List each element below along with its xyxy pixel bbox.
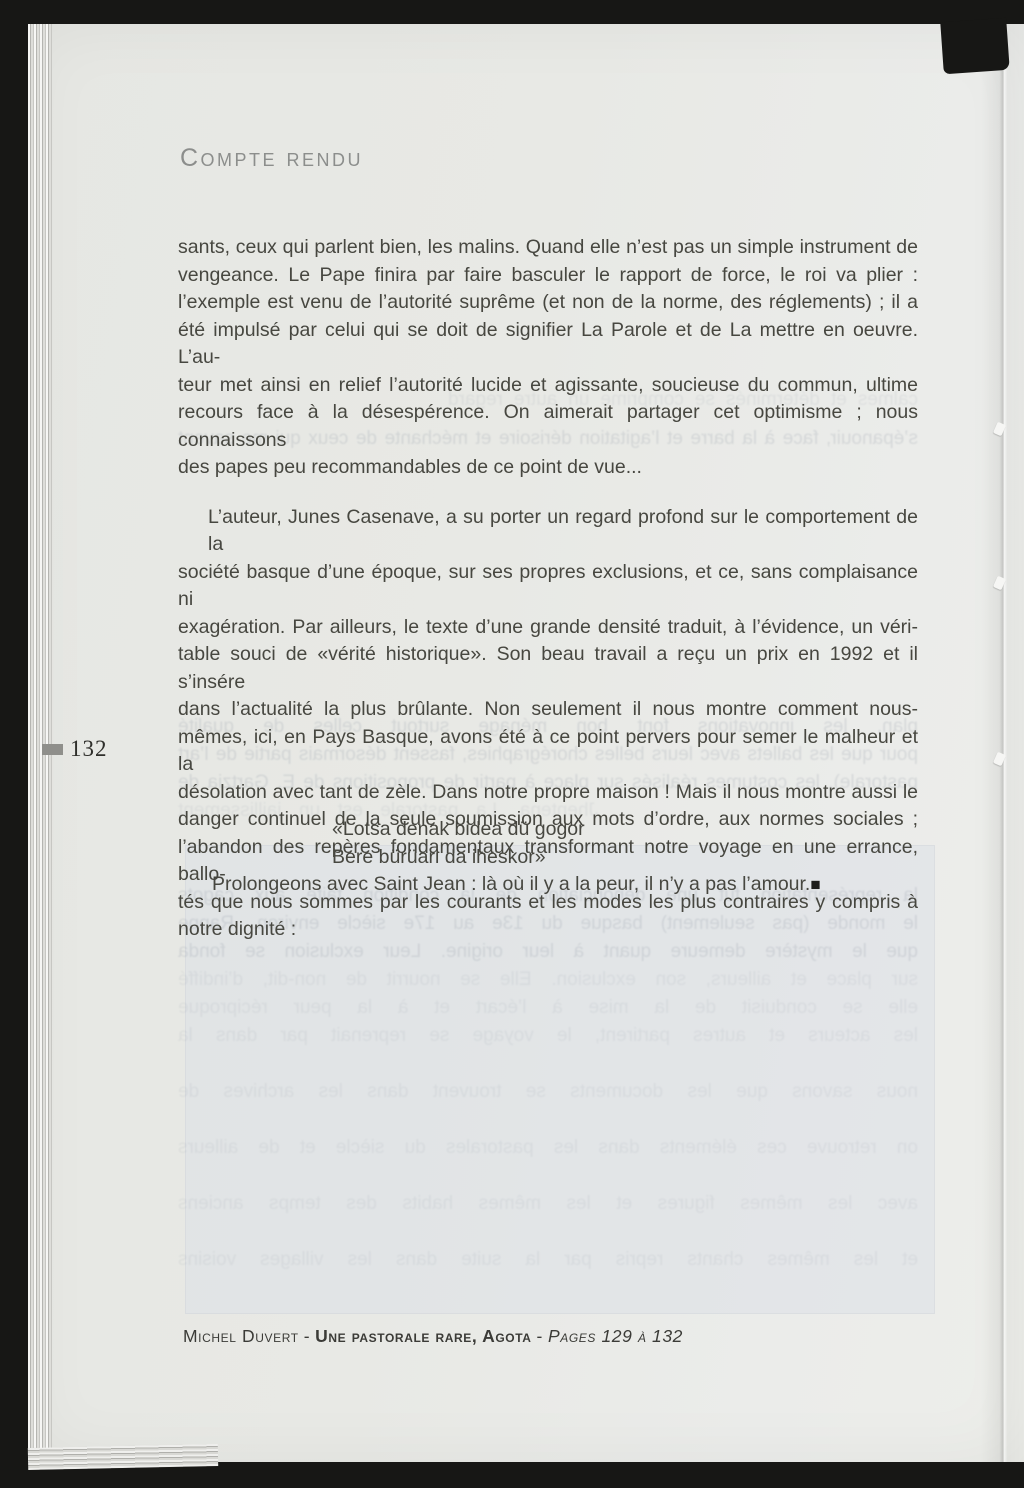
footer-separator: - bbox=[537, 1326, 543, 1346]
page-edges-stack-bottom bbox=[28, 1444, 218, 1470]
book-page: calmes et déterminés se comprime un autr… bbox=[28, 24, 1024, 1462]
text-line: recours face à la désespérence. On aimer… bbox=[178, 399, 918, 454]
text-line: sants, ceux qui parlent bien, les malins… bbox=[178, 234, 918, 262]
footer-author: Michel Duvert bbox=[183, 1326, 299, 1346]
text-line: vengeance. Le Pape finira par faire basc… bbox=[178, 262, 918, 290]
page-number: 132 bbox=[70, 736, 108, 762]
scanned-book-photo: calmes et déterminés se comprime un autr… bbox=[0, 0, 1024, 1488]
text-line: teur met ainsi en relief l’autorité luci… bbox=[178, 372, 918, 400]
footer-page-range: Pages 129 à 132 bbox=[548, 1326, 683, 1346]
text-line: exagération. Par ailleurs, le texte d’un… bbox=[178, 614, 918, 642]
text-line: l’exemple est venu de l’autorité suprême… bbox=[178, 289, 918, 317]
page-number-marker-icon bbox=[42, 744, 63, 755]
quote-verse-line: «Lotsa denak bidea dü gogor bbox=[178, 816, 918, 844]
text-line: des papes peu recommandables de ce point… bbox=[178, 454, 918, 482]
quote-conclusion-text: Prolongeons avec Saint Jean : là où il y… bbox=[212, 873, 810, 895]
spine-shadow-notch bbox=[940, 18, 1009, 74]
text-line: mêmes, ici, en Pays Basque, avons été à … bbox=[178, 724, 918, 779]
text-line: notre dignité : bbox=[178, 916, 918, 944]
quote-block: «Lotsa denak bidea dü gogor Bere bürüari… bbox=[178, 816, 918, 899]
text-line: L’auteur, Junes Casenave, a su porter un… bbox=[178, 504, 918, 559]
text-line: dans l’actualité la plus brûlante. Non s… bbox=[178, 696, 918, 724]
quote-conclusion: Prolongeons avec Saint Jean : là où il y… bbox=[178, 871, 918, 899]
section-heading: Compte rendu bbox=[180, 144, 363, 173]
footer-separator: - bbox=[304, 1326, 310, 1346]
text-line: table souci de «vérité historique». Son … bbox=[178, 641, 918, 696]
margin-page-number: 132 bbox=[42, 736, 108, 762]
text-line: société basque d’une époque, sur ses pro… bbox=[178, 559, 918, 614]
text-line: désolation avec tant de zèle. Dans notre… bbox=[178, 779, 918, 807]
footer-work-title: Une pastorale rare, Agota bbox=[315, 1326, 531, 1346]
end-of-article-square-icon: ■ bbox=[810, 875, 820, 894]
text-line: été impulsé par celui qui se doit de sig… bbox=[178, 317, 918, 372]
book-gutter bbox=[981, 24, 1024, 1462]
quote-verse-line: Bere bürüari da iheskor» bbox=[178, 844, 918, 872]
footer-citation: Michel Duvert-Une pastorale rare, Agota-… bbox=[183, 1326, 683, 1347]
paragraph: sants, ceux qui parlent bien, les malins… bbox=[178, 234, 918, 482]
